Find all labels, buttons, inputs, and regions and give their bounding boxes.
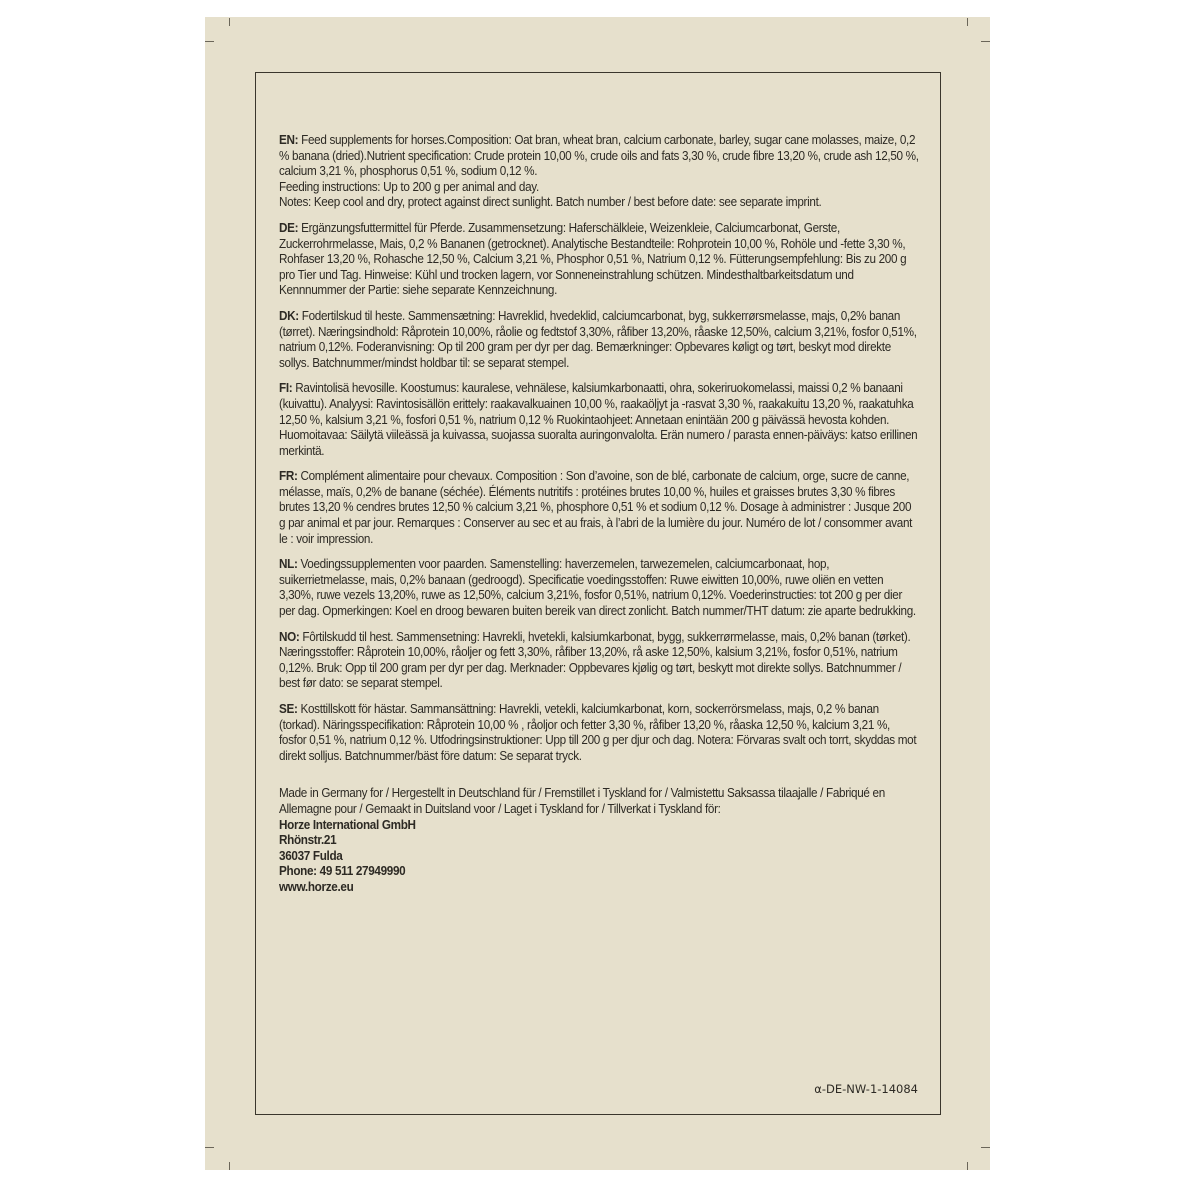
section-text: Fodertilskud til heste. Sammensætning: H… — [279, 309, 917, 370]
crop-mark — [229, 1162, 230, 1170]
company-city: 36037 Fulda — [279, 849, 919, 865]
section-dk: DK: Fodertilskud til heste. Sammensætnin… — [279, 309, 919, 371]
label-content: EN: Feed supplements for horses.Composit… — [279, 133, 874, 896]
section-fr: FR: Complément alimentaire pour chevaux.… — [279, 469, 919, 547]
crop-mark — [981, 1147, 990, 1148]
section-en: EN: Feed supplements for horses.Composit… — [279, 133, 919, 211]
language-code: FR: — [279, 469, 298, 483]
section-fi: FI: Ravintolisä hevosille. Koostumus: ka… — [279, 381, 919, 459]
label-panel: EN: Feed supplements for horses.Composit… — [205, 17, 990, 1170]
company-phone: Phone: 49 511 27949990 — [279, 864, 919, 880]
language-code: DK: — [279, 309, 299, 323]
section-text: Voedingssupplementen voor paarden. Samen… — [279, 557, 916, 618]
section-text: Feed supplements for horses.Composition:… — [279, 133, 919, 178]
text-frame: EN: Feed supplements for horses.Composit… — [255, 72, 941, 1115]
section-text: Fôrtilskudd til hest. Sammensetning: Hav… — [279, 630, 910, 691]
language-sections: EN: Feed supplements for horses.Composit… — [279, 133, 919, 896]
section-text: Ravintolisä hevosille. Koostumus: kaural… — [279, 381, 917, 457]
section-nl: NL: Voedingssupplementen voor paarden. S… — [279, 557, 919, 619]
language-code: SE: — [279, 702, 298, 716]
approval-number: α-DE-NW-1-14084 — [814, 1082, 918, 1096]
company-name: Horze International GmbH — [279, 818, 919, 834]
language-code: FI: — [279, 381, 292, 395]
manufacturer-block: Made in Germany for / Hergestellt in Deu… — [279, 786, 919, 895]
crop-mark — [967, 1162, 968, 1170]
language-code: NO: — [279, 630, 300, 644]
section-text: Kosttillskott för hästar. Sammansättning… — [279, 702, 916, 763]
crop-mark — [205, 41, 214, 42]
crop-mark — [967, 18, 968, 26]
company-street: Rhönstr.21 — [279, 833, 919, 849]
section-text: Complément alimentaire pour chevaux. Com… — [279, 469, 912, 545]
language-code: DE: — [279, 221, 298, 235]
section-text: Ergänzungsfuttermittel für Pferde. Zusam… — [279, 221, 906, 297]
company-website: www.horze.eu — [279, 880, 919, 896]
section-text: Notes: Keep cool and dry, protect agains… — [279, 195, 919, 211]
crop-mark — [981, 41, 990, 42]
section-se: SE: Kosttillskott för hästar. Sammansätt… — [279, 702, 919, 764]
language-code: EN: — [279, 133, 298, 147]
crop-mark — [229, 18, 230, 26]
crop-mark — [205, 1147, 214, 1148]
made-in-statement: Made in Germany for / Hergestellt in Deu… — [279, 786, 919, 817]
section-de: DE: Ergänzungsfuttermittel für Pferde. Z… — [279, 221, 919, 299]
section-no: NO: Fôrtilskudd til hest. Sammensetning:… — [279, 630, 919, 692]
language-code: NL: — [279, 557, 298, 571]
section-text: Feeding instructions: Up to 200 g per an… — [279, 180, 919, 196]
